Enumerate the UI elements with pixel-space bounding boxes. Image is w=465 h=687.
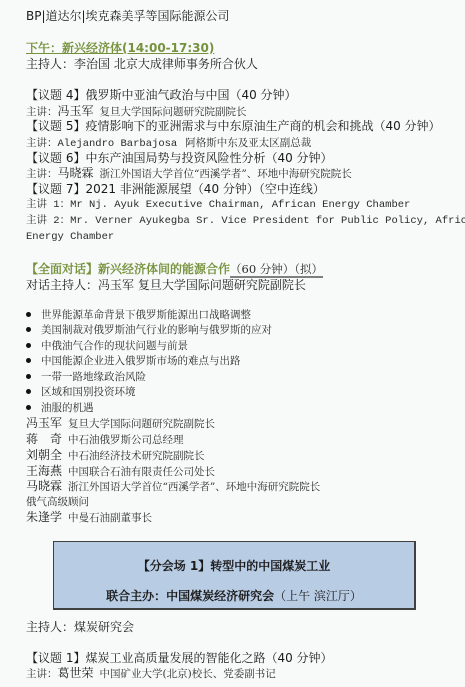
- panelist: 蒋 奇中石油俄罗斯公司总经理: [26, 432, 184, 448]
- session-box-title: 【分会场 1】转型中的中国煤炭工业: [54, 557, 414, 574]
- panelist: 马晓霖浙江外国语大学首位“西溪学者”、环地中海研究院院长: [26, 479, 320, 495]
- bullet-item: 区域和国别投资环境: [26, 385, 136, 400]
- bullet-icon: [26, 374, 31, 379]
- speaker-name: 冯玉军: [58, 104, 94, 119]
- bullet-item: 油服的机遇: [26, 401, 94, 416]
- speaker-name: Alejandro Barbajosa: [58, 138, 178, 150]
- organizer-rest: （上午 滨江厅）: [274, 589, 362, 603]
- dialogue-title-green: 【全面对话】新兴经济体间的能源合作: [26, 262, 230, 276]
- bullet-item: 中国能源企业进入俄罗斯市场的难点与出路: [26, 354, 241, 369]
- bullet-item: 中俄油气合作的现状问题与前景: [26, 339, 188, 354]
- bullet-item: 世界能源革命背景下俄罗斯能源出口战略调整: [26, 308, 251, 323]
- topic-4-title: 【议题 4】俄罗斯中亚油气政治与中国（40 分钟）: [26, 88, 297, 103]
- topic-7-speaker-2-cont: Energy Chamber: [26, 230, 114, 245]
- session-1-topic: 【议题 1】煤炭工业高质量发展的智能化之路（40 分钟）: [26, 651, 333, 666]
- speaker-name: 马晓霖: [58, 166, 94, 181]
- bullet-icon: [26, 405, 31, 410]
- speaker-label: 主讲：: [26, 137, 58, 149]
- bullet-icon: [26, 343, 31, 348]
- panelist: 俄气高级顾问: [26, 495, 89, 510]
- topic-5-speaker: 主讲：Alejandro Barbajosa阿格斯中东及亚太区副总裁: [26, 135, 311, 152]
- organizer-bold: 联合主办：中国煤炭经济研究会: [106, 589, 274, 603]
- session-1-host: 主持人：煤炭研究会: [26, 620, 134, 635]
- speaker-label: 主讲：: [26, 668, 58, 680]
- speaker-label: 主讲：: [26, 106, 58, 118]
- panelist: 朱逢学中曼石油副董事长: [26, 510, 152, 526]
- session-1-speaker: 主讲：葛世荣中国矿业大学(北京)校长、党委副书记: [26, 666, 276, 682]
- bullet-icon: [26, 327, 31, 332]
- topic-7-speaker-2: 主讲 2：Mr. Verner Ayukegba Sr. Vice Presid…: [26, 214, 465, 229]
- bullet-icon: [26, 312, 31, 317]
- bullet-item: 美国制裁对俄罗斯油气行业的影响与俄罗斯的应对: [26, 323, 272, 338]
- topic-6-speaker: 主讲：马晓霖浙江外国语大学首位“西溪学者”、环地中海研究院院长: [26, 166, 352, 182]
- bullet-icon: [26, 358, 31, 363]
- afternoon-host: 主持人：李治国 北京大成律师事务所合伙人: [26, 57, 258, 72]
- bullet-item: 一带一路地缘政治风险: [26, 370, 146, 385]
- panelist: 王海燕中国联合石油有限责任公司处长: [26, 464, 215, 480]
- dialogue-title-rest: （60 分钟）（拟）: [230, 262, 323, 278]
- afternoon-session-title: 下午：新兴经济体(14:00-17:30): [26, 41, 214, 56]
- session-box-organizer: 联合主办：中国煤炭经济研究会（上午 滨江厅）: [54, 587, 414, 604]
- dialogue-title: 【全面对话】新兴经济体间的能源合作（60 分钟）（拟）: [26, 262, 323, 277]
- speaker-name: 葛世荣: [58, 666, 94, 681]
- speaker-desc: 浙江外国语大学首位“西溪学者”、环地中海研究院院长: [100, 168, 352, 180]
- bullet-icon: [26, 389, 31, 394]
- speaker-desc: 中国矿业大学(北京)校长、党委副书记: [100, 668, 276, 680]
- session-box: 【分会场 1】转型中的中国煤炭工业 联合主办：中国煤炭经济研究会（上午 滨江厅）: [53, 541, 416, 610]
- topic-6-title: 【议题 6】中东产油国局势与投资风险性分析（40 分钟）: [26, 151, 333, 166]
- topic-7-speaker-1: 主讲 1：Mr Nj. Ayuk Executive Chairman, Afr…: [26, 198, 410, 213]
- topic-7-title: 【议题 7】2021 非洲能源展望（40 分钟）（空中连线）: [26, 182, 325, 197]
- speaker-label: 主讲：: [26, 168, 58, 180]
- topic-4-speaker: 主讲：冯玉军复旦大学国际问题研究院副院长: [26, 104, 247, 120]
- panelist: 冯玉军复旦大学国际问题研究院副院长: [26, 416, 215, 432]
- speaker-desc: 复旦大学国际问题研究院副院长: [100, 106, 247, 118]
- panelist: 刘朝全中石油经济技术研究院副院长: [26, 448, 205, 464]
- dialogue-host: 对话主持人：冯玉军 复旦大学国际问题研究院副院长: [26, 278, 306, 293]
- speaker-desc: 阿格斯中东及亚太区副总裁: [185, 137, 311, 149]
- header-companies: BP|道达尔|埃克森美孚等国际能源公司: [26, 9, 230, 24]
- topic-5-title: 【议题 5】疫情影响下的亚洲需求与中东原油生产商的机会和挑战（40 分钟）: [26, 119, 441, 134]
